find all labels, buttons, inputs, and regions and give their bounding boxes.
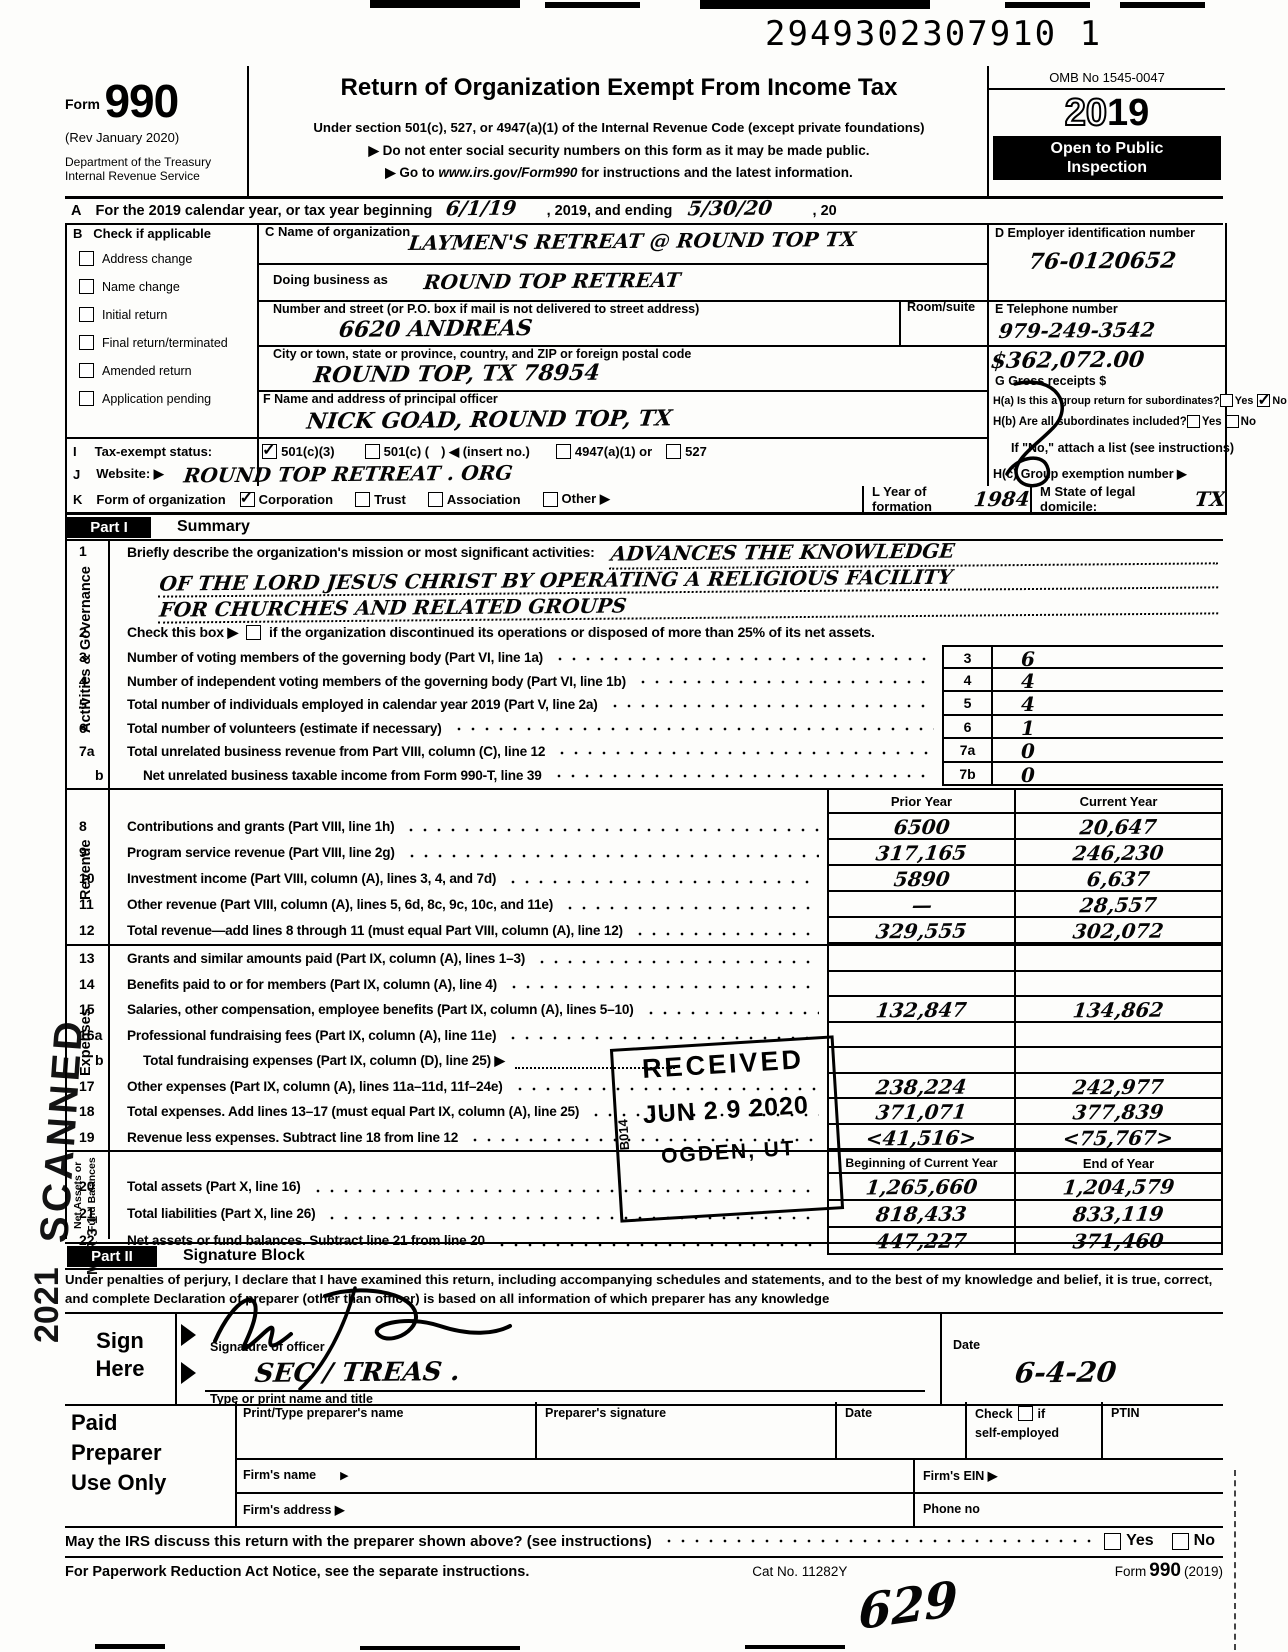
checkbox-label: Amended return xyxy=(94,364,192,378)
current-value: 134,862 xyxy=(1014,997,1223,1023)
row-label: Salaries, other compensation, employee b… xyxy=(127,997,634,1023)
phone-no-cell: Phone no xyxy=(913,1492,1223,1526)
check-applicable-column: B Check if applicable Address change Nam… xyxy=(67,223,257,437)
prior-value: 329,555 xyxy=(827,918,1014,944)
use-only-word: Use Only xyxy=(71,1470,235,1496)
row-label: Benefits paid to or for members (Part IX… xyxy=(127,972,497,998)
beginning-year-header: Beginning of Current Year xyxy=(827,1152,1014,1174)
row-value: 1 xyxy=(993,716,1223,740)
tax-year-badge: 2019 xyxy=(989,90,1225,136)
status-501c-checkbox[interactable] xyxy=(365,444,380,459)
part1-title: Summary xyxy=(151,518,250,536)
status-4947-label: 4947(a)(1) or xyxy=(571,444,666,459)
trust-label: Trust xyxy=(370,492,428,507)
paid-preparer-block: Paid Preparer Use Only Print/Type prepar… xyxy=(65,1402,1223,1528)
dot-leader xyxy=(662,1535,1096,1547)
phone-cell: E Telephone number 979-249-3542 xyxy=(989,300,1227,347)
gov-value-hw: 0 xyxy=(1021,763,1035,787)
current-value: 242,977 xyxy=(1014,1074,1223,1100)
form-revision: (Rev January 2020) xyxy=(65,130,247,145)
line2-post: if the organization discontinued its ope… xyxy=(269,624,875,640)
form-org-label: Form of organization xyxy=(96,492,239,507)
scan-artifact xyxy=(1120,2,1205,8)
checkbox-label: Initial return xyxy=(94,308,167,322)
stamp-place: OGDEN, UT xyxy=(619,1134,838,1171)
cell-divider xyxy=(1101,1402,1103,1458)
dot-leader xyxy=(535,956,819,968)
governance-table: 3 Number of voting members of the govern… xyxy=(65,645,1223,786)
part2-title: Signature Block xyxy=(157,1247,305,1265)
status-501c-insert: ) ◀ (insert no.) xyxy=(435,444,556,460)
mission-block: 1 Briefly describe the organization's mi… xyxy=(65,539,1223,645)
dot-leader xyxy=(506,876,819,888)
preparer-row3: Firm's address ▶ Phone no xyxy=(235,1492,1223,1526)
tax-year-line: A For the 2019 calendar year, or tax yea… xyxy=(65,196,1223,225)
ein-label: D Employer identification number xyxy=(989,223,1227,240)
scan-artifact xyxy=(745,1645,845,1649)
prior-value: 238,224 xyxy=(827,1074,1014,1100)
preparer-date-label: Date xyxy=(845,1406,872,1420)
phone-hw: 979-249-3542 xyxy=(998,317,1229,343)
officer-signature xyxy=(205,1286,605,1391)
line-k-letter: K xyxy=(67,492,96,507)
status-527-label: 527 xyxy=(681,444,707,459)
checkbox-item: Address change xyxy=(67,241,257,266)
checkbox-label: Name change xyxy=(94,280,180,294)
dot-leader xyxy=(644,1007,819,1019)
dot-leader xyxy=(405,850,819,862)
part2-header-bar: Part II Signature Block xyxy=(65,1242,1223,1270)
summary-row-14: 14 Benefits paid to or for members (Part… xyxy=(65,972,1223,998)
city-hw: ROUND TOP, TX 78954 xyxy=(312,360,601,388)
end-value: 833,119 xyxy=(1014,1201,1223,1228)
preparer-signature-label: Preparer's signature xyxy=(545,1406,666,1420)
hb-yes-checkbox[interactable] xyxy=(1187,415,1200,428)
tax-exempt-label: Tax-exempt status: xyxy=(95,444,263,459)
row-value: 0 xyxy=(993,763,1223,787)
stamp-received: RECEIVED xyxy=(613,1042,832,1086)
hb-no-label: No xyxy=(1239,416,1256,428)
amount-hw: 246,230 xyxy=(1072,841,1165,866)
row-box: 5 xyxy=(942,692,993,716)
application-pending-checkbox[interactable] xyxy=(79,391,94,406)
year-formation-label: L Year of formation xyxy=(872,484,964,514)
ein-hw: 76-0120652 xyxy=(1027,247,1228,275)
corporation-checkbox[interactable] xyxy=(240,492,255,507)
here-word: Here xyxy=(65,1356,175,1382)
may-irs-yes-checkbox[interactable] xyxy=(1104,1533,1121,1550)
year-solid: 19 xyxy=(1107,92,1149,134)
summary-row-8: 8 Contributions and grants (Part VIII, l… xyxy=(65,814,1223,840)
current-value xyxy=(1014,1048,1223,1074)
date-label: Date xyxy=(953,1338,980,1352)
summary-row-7b: b Net unrelated business taxable income … xyxy=(65,763,1223,787)
final-return-checkbox[interactable] xyxy=(79,335,94,350)
check-word: Check xyxy=(975,1407,1013,1421)
row-label: Grants and similar amounts paid (Part IX… xyxy=(127,946,525,972)
ha-yes-label: Yes xyxy=(1233,395,1258,407)
line-i-letter: I xyxy=(67,444,95,459)
irs-url: www.irs.gov/Form990 xyxy=(438,165,577,180)
amount-hw: 6,637 xyxy=(1086,867,1151,892)
current-value: <75,767> xyxy=(1014,1125,1223,1151)
dba-label: Doing business as xyxy=(259,272,388,287)
year-columns-header: Prior Year Current Year xyxy=(65,788,1223,814)
sidebar-revenue: Revenue xyxy=(78,800,100,940)
hb-no-checkbox[interactable] xyxy=(1226,415,1239,428)
checkbox-label: Final return/terminated xyxy=(94,336,228,350)
row-label: Net unrelated business taxable income fr… xyxy=(143,763,542,787)
self-employed-checkbox[interactable] xyxy=(1018,1406,1033,1421)
open-line1: Open to Public xyxy=(993,139,1221,158)
cell-divider xyxy=(535,1402,537,1458)
status-4947-checkbox[interactable] xyxy=(556,444,571,459)
dot-leader xyxy=(452,723,934,735)
status-501c3-checkbox[interactable] xyxy=(262,444,277,459)
summary-row-12: 12 Total revenue—add lines 8 through 11 … xyxy=(65,918,1223,946)
footer-form-year: (2019) xyxy=(1184,1564,1223,1579)
dot-leader xyxy=(636,676,934,688)
form-header: Form 990 (Rev January 2020) Department o… xyxy=(65,66,1223,199)
prior-value xyxy=(827,972,1014,998)
street-hw: 6620 ANDREAS xyxy=(337,315,533,343)
current-value xyxy=(1014,972,1223,998)
amount-hw: 317,165 xyxy=(875,841,968,866)
firms-address-label: Firm's address ▶ xyxy=(235,1502,345,1517)
ha-yes-checkbox[interactable] xyxy=(1220,394,1233,407)
stamp-date: JUN 2 9 2020 xyxy=(616,1089,835,1131)
row-label: Total assets (Part X, line 16) xyxy=(127,1174,301,1201)
row-label: Total number of individuals employed in … xyxy=(127,692,598,716)
org-name-label: C Name of organization xyxy=(259,224,410,239)
row-box: 7a xyxy=(942,739,993,763)
amount-hw: 5890 xyxy=(892,867,950,891)
footer-form-word: Form xyxy=(1115,1564,1147,1579)
prior-value xyxy=(827,1048,1014,1074)
dot-leader xyxy=(608,700,934,712)
row-label: Other revenue (Part VIII, column (A), li… xyxy=(127,892,553,918)
form-bullet2-pre: ▶ Go to xyxy=(385,165,438,180)
amended-return-checkbox[interactable] xyxy=(79,363,94,378)
form-id-block: Form 990 (Rev January 2020) Department o… xyxy=(65,66,247,204)
current-value: 28,557 xyxy=(1014,892,1223,918)
summary-row-15: 15 Salaries, other compensation, employe… xyxy=(65,997,1223,1023)
scanned-stamp-year: 2021 xyxy=(28,1240,64,1370)
summary-row-10: 10 Investment income (Part VIII, column … xyxy=(65,866,1223,892)
end-year-header: End of Year xyxy=(1014,1152,1223,1174)
checkbox-item: Application pending xyxy=(67,378,257,406)
summary-row-9: 9 Program service revenue (Part VIII, li… xyxy=(65,840,1223,866)
amount-hw: — xyxy=(910,893,933,917)
association-label: Association xyxy=(443,492,543,507)
officer-label: F Name and address of principal officer xyxy=(259,392,498,406)
end-value: 1,204,579 xyxy=(1014,1174,1223,1201)
may-irs-discuss-row: May the IRS discuss this return with the… xyxy=(65,1526,1223,1558)
principal-officer-row: F Name and address of principal officer … xyxy=(259,390,989,437)
phone-label: E Telephone number xyxy=(989,300,1227,316)
current-value: 6,637 xyxy=(1014,866,1223,892)
website-hw: ROUND TOP RETREAT . ORG xyxy=(182,461,513,488)
current-year-header: Current Year xyxy=(1014,790,1223,814)
year-outline: 20 xyxy=(1065,92,1107,134)
status-527-checkbox[interactable] xyxy=(666,444,681,459)
checkbox-item: Initial return xyxy=(67,294,257,322)
amount-hw: <75,767> xyxy=(1062,1125,1175,1150)
amount-hw: 302,072 xyxy=(1072,919,1165,944)
current-value xyxy=(1014,1023,1223,1049)
summary-row-3: 3 Number of voting members of the govern… xyxy=(65,645,1223,669)
treasury-label: Department of the Treasury xyxy=(65,155,247,169)
prior-value: 371,071 xyxy=(827,1099,1014,1125)
form-bullet2-post: for instructions and the latest informat… xyxy=(577,165,852,180)
header-center: Return of Organization Exempt From Incom… xyxy=(247,66,989,196)
row-label: Total fundraising expenses (Part IX, col… xyxy=(143,1048,505,1074)
scan-artifact xyxy=(700,0,930,9)
row-label: Other expenses (Part IX, column (A), lin… xyxy=(127,1074,503,1100)
line-a-end: , 20 xyxy=(813,199,837,219)
amount-hw: 818,433 xyxy=(875,1202,968,1227)
part2-badge: Part II xyxy=(67,1246,157,1267)
line-b-letter: B xyxy=(73,226,82,241)
footer-row: For Paperwork Reduction Act Notice, see … xyxy=(65,1560,1223,1582)
current-value: 302,072 xyxy=(1014,918,1223,944)
row-label: Program service revenue (Part VIII, line… xyxy=(127,840,395,866)
current-value xyxy=(1014,946,1223,972)
row-box: 3 xyxy=(942,645,993,669)
begin-value: 1,265,660 xyxy=(827,1174,1014,1201)
checkbox-item: Name change xyxy=(67,266,257,294)
barcode-text: 2949302307910 1 xyxy=(765,14,1102,54)
line-a-mid: , 2019, and ending xyxy=(547,199,673,219)
summary-row-5: 5 Total number of individuals employed i… xyxy=(65,692,1223,716)
amount-hw: 371,071 xyxy=(875,1100,968,1125)
street-label: Number and street (or P.O. box if mail i… xyxy=(259,302,699,316)
amount-hw: 377,839 xyxy=(1072,1100,1165,1125)
amount-hw: 329,555 xyxy=(875,919,968,944)
amount-hw: 132,847 xyxy=(875,998,968,1023)
gov-value-hw: 4 xyxy=(1021,692,1035,716)
amount-hw: 242,977 xyxy=(1072,1074,1165,1099)
paid-preparer-cell: Paid Preparer Use Only xyxy=(65,1402,237,1526)
sidebar-activities-governance: Activities & Governance xyxy=(78,525,100,775)
checkbox-item: Amended return xyxy=(67,350,257,378)
open-to-public-box: Open to Public Inspection xyxy=(993,136,1221,180)
row-value: 4 xyxy=(993,692,1223,716)
domicile-hw: TX xyxy=(1193,487,1226,511)
prior-value: 317,165 xyxy=(827,840,1014,866)
scan-artifact xyxy=(95,1644,165,1649)
footer-form-number: 990 xyxy=(1146,1560,1184,1582)
gov-value-hw: 1 xyxy=(1021,716,1035,740)
row-box: 7b xyxy=(942,763,993,787)
current-value: 246,230 xyxy=(1014,840,1223,866)
summary-row-4: 4 Number of independent voting members o… xyxy=(65,669,1223,693)
line1-label: Briefly describe the organization's miss… xyxy=(127,539,595,567)
date-hw: 6-4-20 xyxy=(1013,1356,1118,1390)
form-title: Return of Organization Exempt From Incom… xyxy=(249,74,989,102)
self-employed-label: self-employed xyxy=(975,1426,1059,1440)
officer-hw: NICK GOAD, ROUND TOP, TX xyxy=(305,405,673,434)
amount-hw: 20,647 xyxy=(1079,815,1158,840)
website-row: J Website: ▶ ROUND TOP RETREAT . ORG xyxy=(67,462,987,486)
firms-name-label: Firm's name xyxy=(235,1468,316,1482)
dba-hw: ROUND TOP RETREAT xyxy=(422,268,681,294)
org-dba-row: Doing business as ROUND TOP RETREAT xyxy=(259,263,989,302)
date-divider xyxy=(940,1314,942,1404)
prior-year-header: Prior Year xyxy=(827,790,1014,814)
gov-value-hw: 6 xyxy=(1021,647,1035,671)
amount-hw: 238,224 xyxy=(875,1074,968,1099)
firms-name-arrow: ▶ xyxy=(316,1469,348,1482)
cell-divider xyxy=(965,1402,967,1458)
line-a-letter: A xyxy=(65,199,95,219)
row-label: Total unrelated business revenue from Pa… xyxy=(127,739,545,763)
scan-artifact xyxy=(370,0,520,8)
tax-exempt-status-row: I Tax-exempt status: 501(c)(3) 501(c) ( … xyxy=(67,437,987,464)
may-irs-yes-label: Yes xyxy=(1121,1532,1172,1550)
other-checkbox[interactable] xyxy=(543,492,558,507)
row-label: Number of voting members of the governin… xyxy=(127,645,543,669)
hb-yes-label: Yes xyxy=(1200,416,1226,428)
row-label: Total number of volunteers (estimate if … xyxy=(127,716,442,740)
ha-no-checkbox[interactable] xyxy=(1257,394,1270,407)
row-number: b xyxy=(65,763,143,787)
row-box: 4 xyxy=(942,669,993,693)
current-value: 20,647 xyxy=(1014,814,1223,840)
sign-arrow-icon xyxy=(181,1324,196,1346)
dot-leader xyxy=(553,653,934,665)
summary-row-11: 11 Other revenue (Part VIII, column (A),… xyxy=(65,892,1223,918)
dot-leader xyxy=(552,770,934,782)
row-label: Total expenses. Add lines 13–17 (must eq… xyxy=(127,1099,579,1125)
ptin-label: PTIN xyxy=(1111,1406,1139,1420)
org-name-row: C Name of organization LAYMEN'S RETREAT … xyxy=(259,223,989,265)
gross-receipts-hw: $362,072.00 xyxy=(989,346,1228,374)
preparer-word: Preparer xyxy=(71,1440,235,1466)
open-line2: Inspection xyxy=(993,158,1221,177)
amount-hw: 833,119 xyxy=(1072,1202,1165,1227)
row-label: Investment income (Part VIII, column (A)… xyxy=(127,866,496,892)
dot-leader xyxy=(404,824,819,836)
catalog-number: Cat No. 11282Y xyxy=(752,1564,847,1579)
row-value: 6 xyxy=(993,645,1223,669)
prior-value: — xyxy=(827,892,1014,918)
irs-label: Internal Revenue Service xyxy=(65,169,247,183)
prior-value: <41,516> xyxy=(827,1125,1014,1151)
sign-word: Sign xyxy=(65,1328,175,1354)
begin-value: 818,433 xyxy=(827,1201,1014,1228)
scan-artifact xyxy=(360,1646,520,1650)
checkbox-label: Application pending xyxy=(94,392,211,406)
association-checkbox[interactable] xyxy=(428,492,443,507)
header-right: OMB No 1545-0047 2019 Open to Public Ins… xyxy=(987,66,1225,196)
cell-divider xyxy=(835,1402,837,1458)
initial-return-checkbox[interactable] xyxy=(79,307,94,322)
prior-value: 5890 xyxy=(827,866,1014,892)
dot-leader xyxy=(563,902,819,914)
gov-value-hw: 4 xyxy=(1021,669,1035,693)
summary-row-6: 6 Total number of volunteers (estimate i… xyxy=(65,716,1223,740)
ha-no-label: No xyxy=(1270,395,1286,407)
tax-year-begin-hw: 6/1/19 xyxy=(445,196,518,221)
sign-arrow-icon xyxy=(181,1362,196,1384)
prior-value: 132,847 xyxy=(827,997,1014,1023)
trust-checkbox[interactable] xyxy=(355,492,370,507)
check-applicable-label: Check if applicable xyxy=(93,226,211,241)
name-change-checkbox[interactable] xyxy=(79,279,94,294)
amount-hw: 1,265,660 xyxy=(864,1175,978,1200)
paid-word: Paid xyxy=(71,1410,235,1436)
city-label: City or town, state or province, country… xyxy=(259,347,691,361)
form-subtitle: Under section 501(c), 527, or 4947(a)(1)… xyxy=(249,120,989,135)
preparer-row2: Firm's name ▶ Firm's EIN ▶ xyxy=(235,1458,1223,1494)
form-number: 990 xyxy=(104,75,178,127)
self-employed-cell: Check if xyxy=(975,1406,1093,1421)
dot-leader xyxy=(633,928,819,940)
omb-number: OMB No 1545-0047 xyxy=(989,66,1225,90)
form-990-page: 2949302307910 1 Form 990 (Rev January 20… xyxy=(0,0,1288,1652)
status-501c3-label: 501(c)(3) xyxy=(277,444,364,459)
row-label: Total liabilities (Part X, line 26) xyxy=(127,1201,315,1228)
discontinued-checkbox[interactable] xyxy=(246,625,261,640)
prior-value: 6500 xyxy=(827,814,1014,840)
row-label: Revenue less expenses. Subtract line 18 … xyxy=(127,1125,458,1151)
website-label: Website: ▶ xyxy=(96,466,164,482)
received-stamp: B014 RECEIVED JUN 2 9 2020 OGDEN, UT xyxy=(610,1035,844,1222)
row-value: 4 xyxy=(993,669,1223,693)
prior-value xyxy=(827,946,1014,972)
may-irs-label: May the IRS discuss this return with the… xyxy=(65,1533,652,1550)
form-bullet1: ▶ Do not enter social security numbers o… xyxy=(249,143,989,159)
scan-artifact xyxy=(545,2,640,8)
checkbox-label: Address change xyxy=(94,252,192,266)
summary-row-13: 13 Grants and similar amounts paid (Part… xyxy=(65,946,1223,972)
line2-pre: Check this box ▶ xyxy=(127,624,238,641)
sign-here-cell: Sign Here xyxy=(65,1314,177,1404)
address-change-checkbox[interactable] xyxy=(79,251,94,266)
status-501c-label: 501(c) ( xyxy=(380,444,436,459)
row-label: Professional fundraising fees (Part IX, … xyxy=(127,1023,496,1049)
line-j-letter: J xyxy=(67,467,96,482)
dot-leader xyxy=(507,981,819,993)
may-irs-no-checkbox[interactable] xyxy=(1172,1533,1189,1550)
may-irs-no-label: No xyxy=(1189,1532,1223,1550)
firms-ein-cell: Firm's EIN ▶ xyxy=(913,1458,1223,1492)
org-street-row: Number and street (or P.O. box if mail i… xyxy=(259,300,989,347)
checkbox-item: Final return/terminated xyxy=(67,322,257,350)
amount-hw: <41,516> xyxy=(865,1125,978,1150)
amount-hw: 28,557 xyxy=(1079,893,1158,918)
row-value: 0 xyxy=(993,739,1223,763)
form-word: Form xyxy=(65,96,100,112)
gov-value-hw: 0 xyxy=(1021,739,1035,763)
other-label: Other ▶ xyxy=(558,491,610,507)
amount-hw: 1,204,579 xyxy=(1061,1175,1175,1200)
line-a-text: For the 2019 calendar year, or tax year … xyxy=(95,199,432,219)
summary-row-7a: 7a Total unrelated business revenue from… xyxy=(65,739,1223,763)
handwritten-flourish xyxy=(985,378,1085,496)
org-city-row: City or town, state or province, country… xyxy=(259,345,989,392)
sign-block: Sign Here Signature of officer SEC / TRE… xyxy=(65,1312,1223,1406)
tax-year-end-hw: 5/30/20 xyxy=(687,196,774,221)
dot-leader xyxy=(555,747,934,759)
row-label: Contributions and grants (Part VIII, lin… xyxy=(127,814,394,840)
org-name-hw: LAYMEN'S RETREAT @ ROUND TOP TX xyxy=(407,227,857,255)
scan-artifact xyxy=(1005,2,1090,8)
row-label: Total revenue—add lines 8 through 11 (mu… xyxy=(127,918,623,944)
if-word: if xyxy=(1038,1407,1046,1421)
corporation-label: Corporation xyxy=(255,492,355,507)
